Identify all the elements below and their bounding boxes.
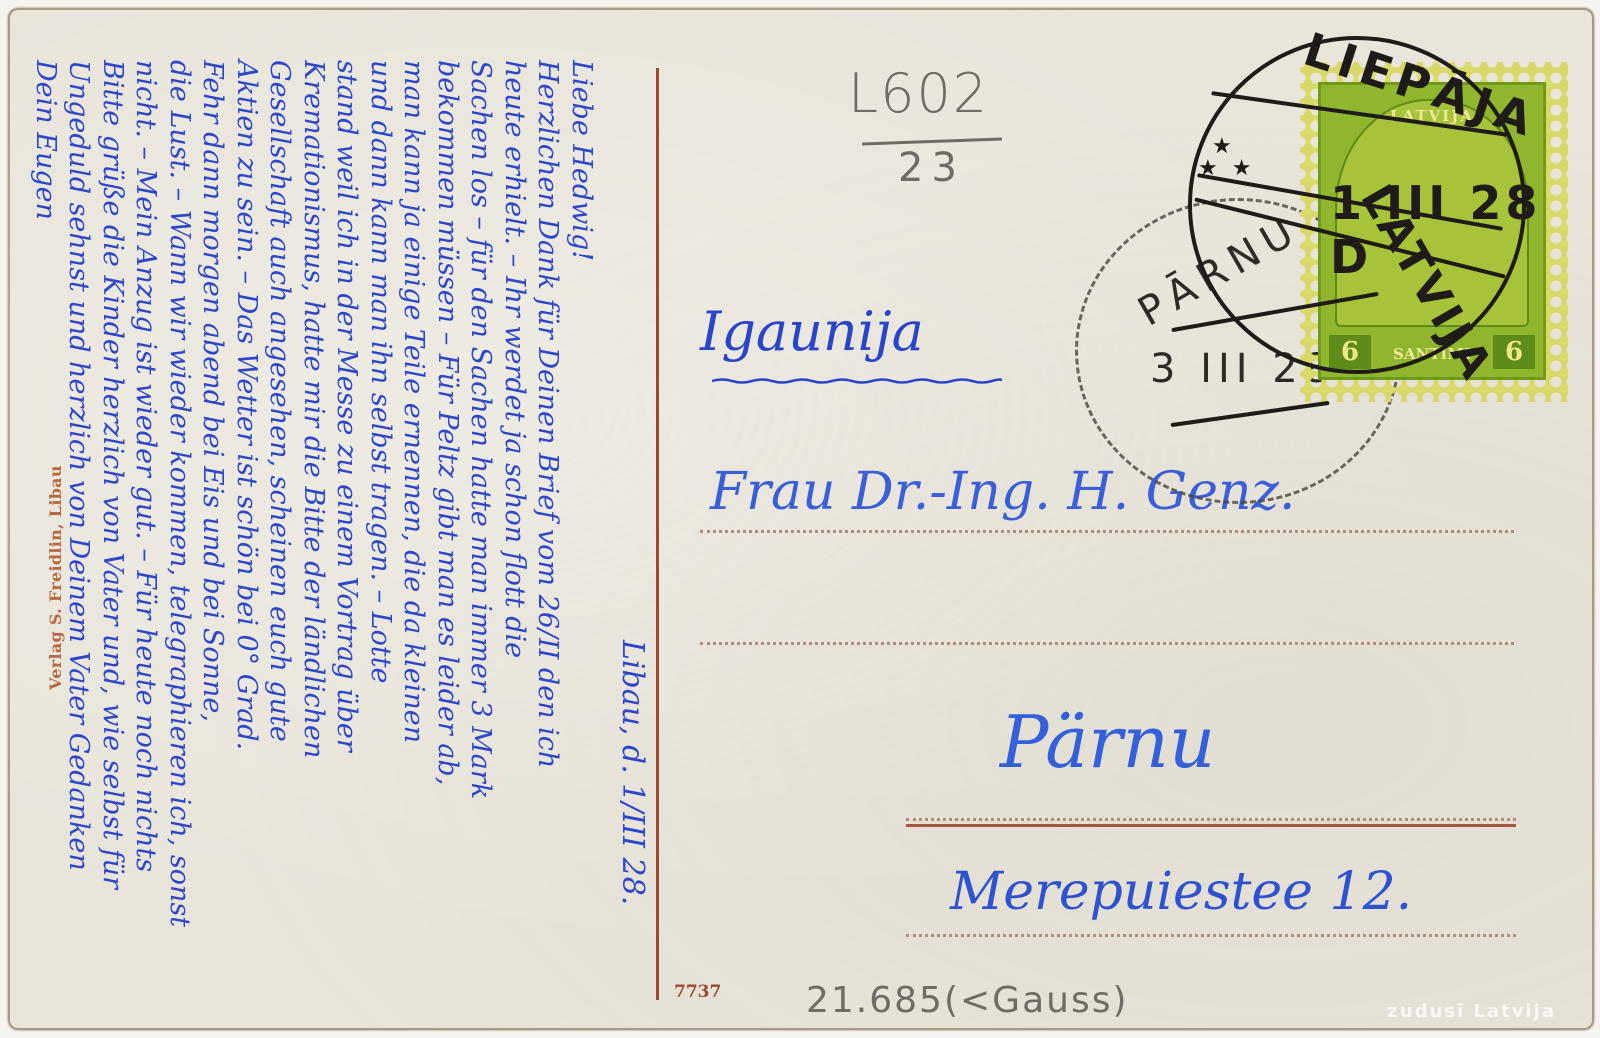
message-line: Fehr dann morgen abend bei Eis und bei S…: [197, 60, 228, 722]
message-line: bekommen müssen – Für Peltz gibt man es …: [432, 60, 463, 785]
address-line-4: [906, 934, 1516, 937]
message-line: Ungeduld sehnst und herzlich von Deinem …: [63, 60, 94, 871]
address-line-3-dotted: [906, 818, 1516, 821]
publisher-imprint: Verlag S. Freidlin, Libau: [46, 465, 65, 690]
country-wavy-underline: [712, 378, 1002, 384]
handwritten-message: Libau, d. 1/III 28.Liebe Hedwig!Herzlich…: [30, 40, 650, 1000]
address-street: Merepuiestee 12.: [950, 862, 1412, 922]
archive-catalog-code: L602: [848, 62, 989, 125]
message-line: heute erhielt. – Ihr werdet ja schon flo…: [499, 60, 530, 658]
message-line: nicht. – Mein Anzug ist wieder gut. – Fü…: [130, 60, 161, 872]
message-line: und dann kann man ihn selbst tragen. – L…: [365, 60, 396, 684]
message-line: Gesellschaft auch angesehen, scheinen eu…: [264, 60, 295, 742]
watermark: zudusī Latvija: [1387, 1001, 1556, 1022]
card-number: 7737: [674, 982, 721, 1002]
address-line-1: [700, 530, 1514, 533]
message-line: Herzlichen Dank für Deinen Brief vom 26/…: [532, 60, 563, 768]
archive-catalog-sub: 23: [898, 145, 965, 191]
address-line-2: [700, 642, 1514, 645]
postmark-stars-icon: ★★ ★: [1198, 136, 1251, 180]
message-line: Liebe Hedwig!: [566, 60, 597, 261]
message-line: stand weil ich in der Messe zu einem Vor…: [331, 60, 362, 752]
address-line-3-solid: [906, 824, 1516, 827]
message-line: Kremationismus, hatte mir die Bitte der …: [298, 60, 329, 758]
message-line: Aktien zu sein. – Das Wetter ist schön b…: [231, 60, 262, 750]
message-line: die Lust. – Wann wir wieder kommen, tele…: [164, 60, 195, 927]
message-line: Sachen los – für den Sachen hatte man im…: [465, 60, 496, 799]
archive-reference: 21.685(<Gauss): [806, 980, 1129, 1021]
address-city: Pärnu: [1000, 700, 1215, 784]
message-place-date: Libau, d. 1/III 28.: [615, 640, 650, 905]
message-line: man kann ja einige Teile ernennen, die d…: [398, 60, 429, 743]
message-line: Dein Eugen: [30, 60, 61, 220]
center-divider-line: [656, 68, 659, 1000]
message-line: Bitte grüße die Kinder herzlich von Vate…: [97, 60, 128, 889]
address-country: Igaunija: [700, 300, 924, 363]
